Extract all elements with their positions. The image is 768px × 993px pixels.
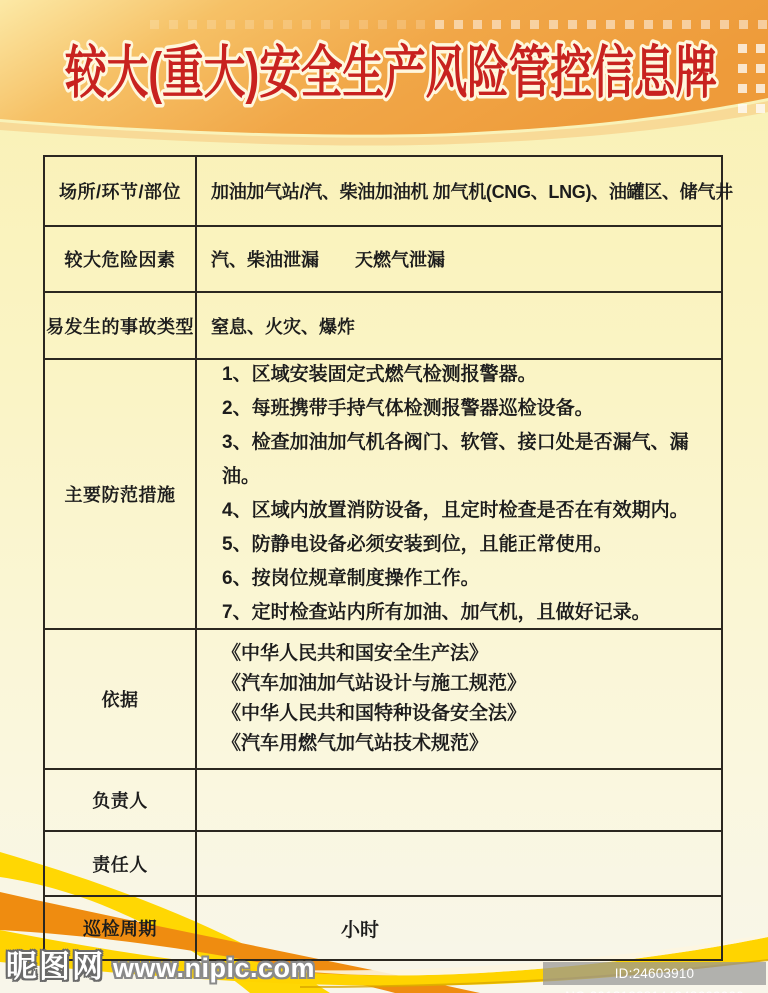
risk-info-table: 场所/环节/部位 加油加气站/汽、柴油加油机 加气机(CNG、LNG)、油罐区、… <box>43 155 723 961</box>
measure-item: 1、区域安装固定式燃气检测报警器。 <box>222 358 721 392</box>
table-row-responsible-person: 责任人 <box>45 830 721 895</box>
row-content-empty <box>197 770 721 830</box>
basis-item: 《中华人民共和国安全生产法》 <box>222 639 721 669</box>
measure-item: 7、定时检查站内所有加油、加气机，且做好记录。 <box>222 596 721 630</box>
row-label: 依据 <box>45 630 197 768</box>
table-row-prevention-measures: 主要防范措施 1、区域安装固定式燃气检测报警器。 2、每班携带手持气体检测报警器… <box>45 358 721 628</box>
row-content: 1、区域安装固定式燃气检测报警器。 2、每班携带手持气体检测报警器巡检设备。 3… <box>197 360 721 628</box>
row-label: 较大危险因素 <box>45 227 197 291</box>
table-row-person-in-charge: 负责人 <box>45 768 721 830</box>
content-line: 加油加气站/汽、柴油加油机 加气机(CNG、LNG)、油罐区、储气井 <box>211 178 733 204</box>
row-label: 易发生的事故类型 <box>45 293 197 358</box>
measure-item: 2、每班携带手持气体检测报警器巡检设备。 <box>222 392 721 426</box>
page-title: 较大(重大)安全生产风险管控信息牌 <box>0 0 768 150</box>
measure-item: 3、检查加油加气机各阀门、软管、接口处是否漏气、漏油。 <box>222 426 721 494</box>
row-content-empty <box>197 832 721 895</box>
table-row-accident-types: 易发生的事故类型 窒息、火灾、爆炸 <box>45 291 721 358</box>
table-row-location: 场所/环节/部位 加油加气站/汽、柴油加油机 加气机(CNG、LNG)、油罐区、… <box>45 157 721 225</box>
table-row-legal-basis: 依据 《中华人民共和国安全生产法》 《汽车加油加气站设计与施工规范》 《中华人民… <box>45 628 721 768</box>
measure-item: 5、防静电设备必须安装到位，且能正常使用。 <box>222 528 721 562</box>
basis-item: 《汽车用燃气加气站技术规范》 <box>222 729 721 759</box>
safety-info-board: 较大(重大)安全生产风险管控信息牌 场所/环节/部位 加油加气站/汽、柴油加油机… <box>0 0 768 993</box>
row-content: 汽、柴油泄漏 天燃气泄漏 <box>197 227 721 291</box>
measure-item: 6、按岗位规章制度操作工作。 <box>222 562 721 596</box>
svg-text:较大(重大)安全生产风险管控信息牌: 较大(重大)安全生产风险管控信息牌 <box>64 41 717 105</box>
nipic-url: www.nipic.com <box>113 953 315 984</box>
nipic-logo: 昵图网 <box>6 941 105 986</box>
table-row-hazard-factors: 较大危险因素 汽、柴油泄漏 天燃气泄漏 <box>45 225 721 291</box>
measure-item: 4、区域内放置消防设备，且定时检查是否在有效期内。 <box>222 494 721 528</box>
row-label: 负责人 <box>45 770 197 830</box>
cycle-value: 小时 <box>211 915 721 942</box>
row-label: 主要防范措施 <box>45 360 197 628</box>
row-content: 窒息、火灾、爆炸 <box>197 293 721 358</box>
row-label: 责任人 <box>45 832 197 895</box>
content-line: 窒息、火灾、爆炸 <box>211 313 721 339</box>
row-label: 场所/环节/部位 <box>45 157 197 225</box>
basis-item: 《汽车加油加气站设计与施工规范》 <box>222 669 721 699</box>
row-content: 加油加气站/汽、柴油加油机 加气机(CNG、LNG)、油罐区、储气井 <box>197 157 733 225</box>
basis-item: 《中华人民共和国特种设备安全法》 <box>222 699 721 729</box>
content-line: 汽、柴油泄漏 天燃气泄漏 <box>211 246 721 272</box>
watermark: 昵图网 www.nipic.com <box>6 941 315 986</box>
row-content: 《中华人民共和国安全生产法》 《汽车加油加气站设计与施工规范》 《中华人民共和国… <box>197 630 721 768</box>
image-id-bar: ID:24603910 NO:20181228144348609000 <box>543 962 766 985</box>
